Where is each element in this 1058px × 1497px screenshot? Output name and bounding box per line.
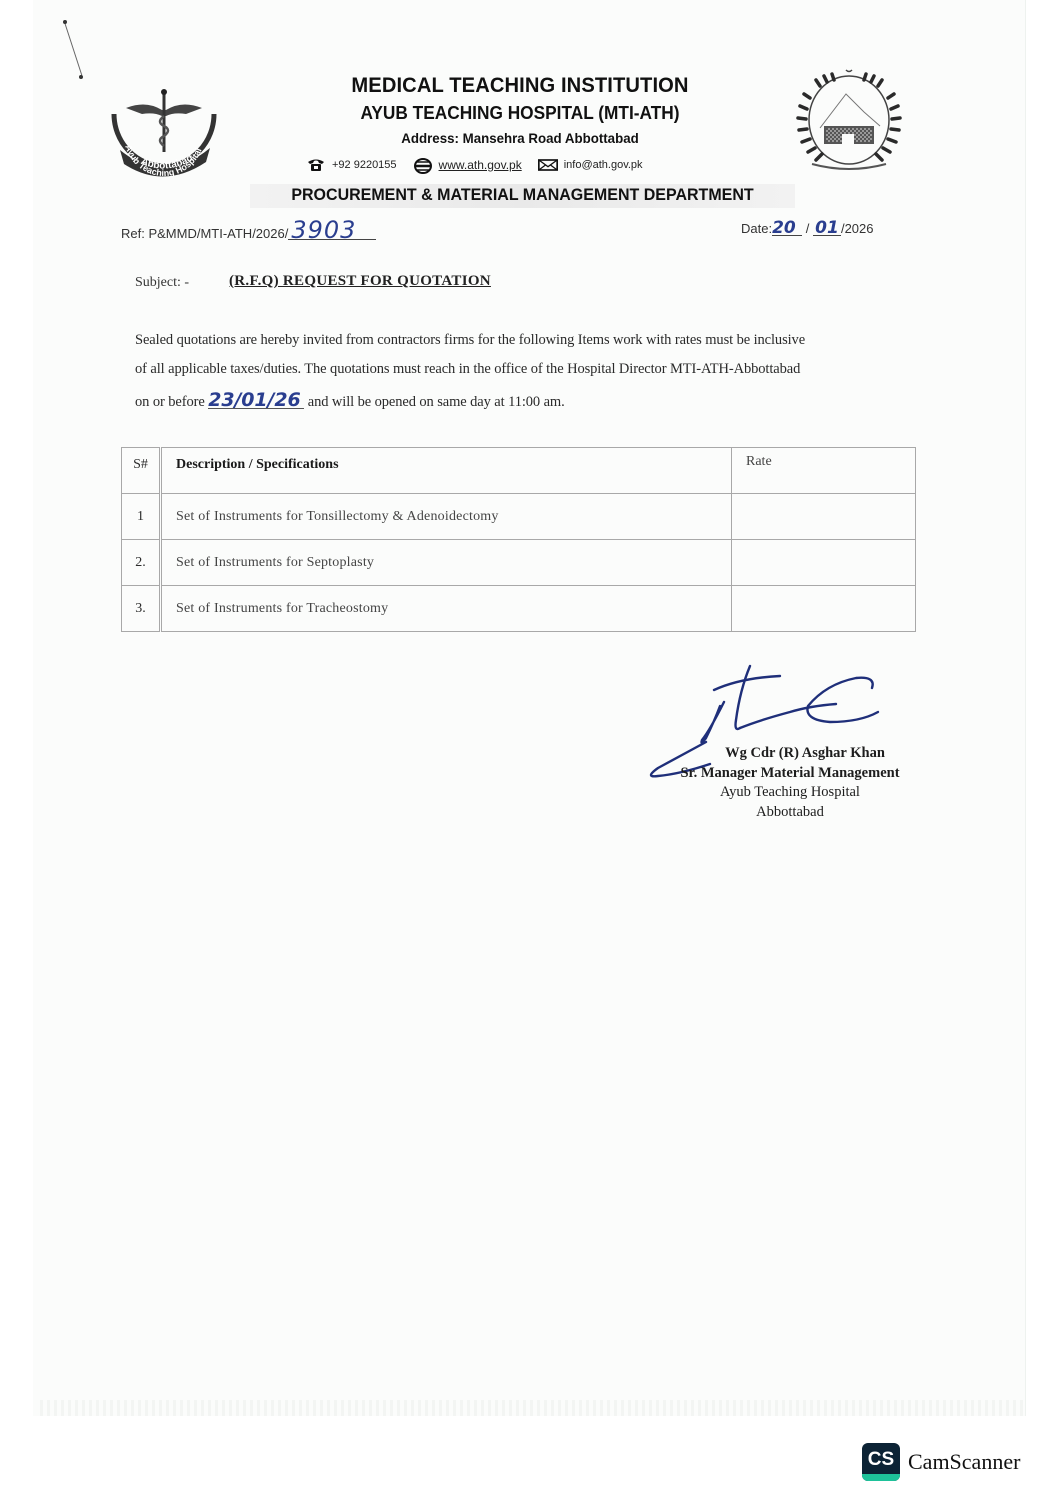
signatory-designation: Sr. Manager Material Management (640, 764, 940, 784)
globe-icon (413, 158, 433, 172)
stray-dot (63, 20, 67, 24)
website-link[interactable]: www.ath.gov.pk (439, 158, 522, 172)
header-description: Description / Specifications (161, 448, 732, 494)
row-serial: 1 (122, 494, 161, 540)
email-address[interactable]: info@ath.gov.pk (564, 159, 643, 171)
table-header-row: S# Description / Specifications Rate (122, 448, 916, 494)
row-serial: 2. (122, 540, 161, 586)
signatory-name: Wg Cdr (R) Asghar Khan (640, 744, 940, 764)
items-table: S# Description / Specifications Rate 1 S… (121, 447, 916, 632)
date-year: /2026 (841, 221, 874, 236)
body-line-1: Sealed quotations are hereby invited fro… (135, 332, 925, 349)
row-description: Set of Instruments for Septoplasty (161, 540, 732, 586)
reference-handwritten-number: 3903 (288, 221, 376, 240)
hospital-emblem-logo: Ayub Teaching Hospital Abbottabad (106, 78, 222, 182)
stray-dot (79, 75, 83, 79)
camscanner-watermark: CS CamScanner (862, 1443, 1020, 1481)
reference-number: Ref: P&MMD/MTI-ATH/2026/3903 (121, 221, 376, 241)
header-rate: Rate (732, 448, 916, 494)
signatory-city: Abbottabad (640, 803, 940, 823)
table-row: 2. Set of Instruments for Septoplasty (122, 540, 916, 586)
camscanner-logo-icon: CS (862, 1443, 900, 1481)
body-line-3: on or before 23/01/26 and will be opened… (135, 392, 925, 411)
row-description: Set of Instruments for Tonsillectomy & A… (161, 494, 732, 540)
signatory-organization: Ayub Teaching Hospital (640, 783, 940, 803)
phone-icon (306, 158, 326, 172)
header-serial: S# (122, 448, 161, 494)
scan-edge-noise (40, 1400, 1025, 1416)
institution-title: MEDICAL TEACHING INSTITUTION (261, 74, 779, 98)
camscanner-brand: CamScanner (908, 1449, 1020, 1475)
date-month-handwritten: 01 (813, 221, 841, 236)
reference-prefix: Ref: P&MMD/MTI-ATH/2026/ (121, 226, 288, 241)
contact-row: +92 9220155 www.ath.gov.pk info@ath.gov.… (306, 155, 643, 175)
row-rate (732, 494, 916, 540)
subject-text: (R.F.Q) REQUEST FOR QUOTATION (229, 273, 491, 290)
row-description: Set of Instruments for Tracheostomy (161, 586, 732, 632)
table-row: 1 Set of Instruments for Tonsillectomy &… (122, 494, 916, 540)
row-serial: 3. (122, 586, 161, 632)
deadline-prefix: on or before (135, 394, 205, 410)
envelope-icon (538, 158, 558, 172)
deadline-suffix: and will be opened on same day at 11:00 … (308, 394, 565, 410)
government-emblem-logo (790, 66, 908, 176)
deadline-handwritten: 23/01/26 (208, 392, 304, 409)
body-line-2: of all applicable taxes/duties. The quot… (135, 361, 925, 378)
hospital-address: Address: Mansehra Road Abbottabad (264, 130, 777, 146)
date-label: Date: (741, 221, 772, 236)
signatory-block: Wg Cdr (R) Asghar Khan Sr. Manager Mater… (640, 744, 940, 822)
row-rate (732, 540, 916, 586)
department-title: PROCUREMENT & MATERIAL MANAGEMENT DEPART… (258, 186, 787, 205)
table-row: 3. Set of Instruments for Tracheostomy (122, 586, 916, 632)
document-date: Date:20 / 01/2026 (741, 221, 874, 236)
row-rate (732, 586, 916, 632)
phone-number: +92 9220155 (332, 159, 397, 171)
date-day-handwritten: 20 (772, 221, 802, 236)
hospital-name: AYUB TEACHING HOSPITAL (MTI-ATH) (261, 103, 779, 124)
date-separator: / (806, 221, 810, 236)
subject-label: Subject: - (135, 275, 189, 291)
